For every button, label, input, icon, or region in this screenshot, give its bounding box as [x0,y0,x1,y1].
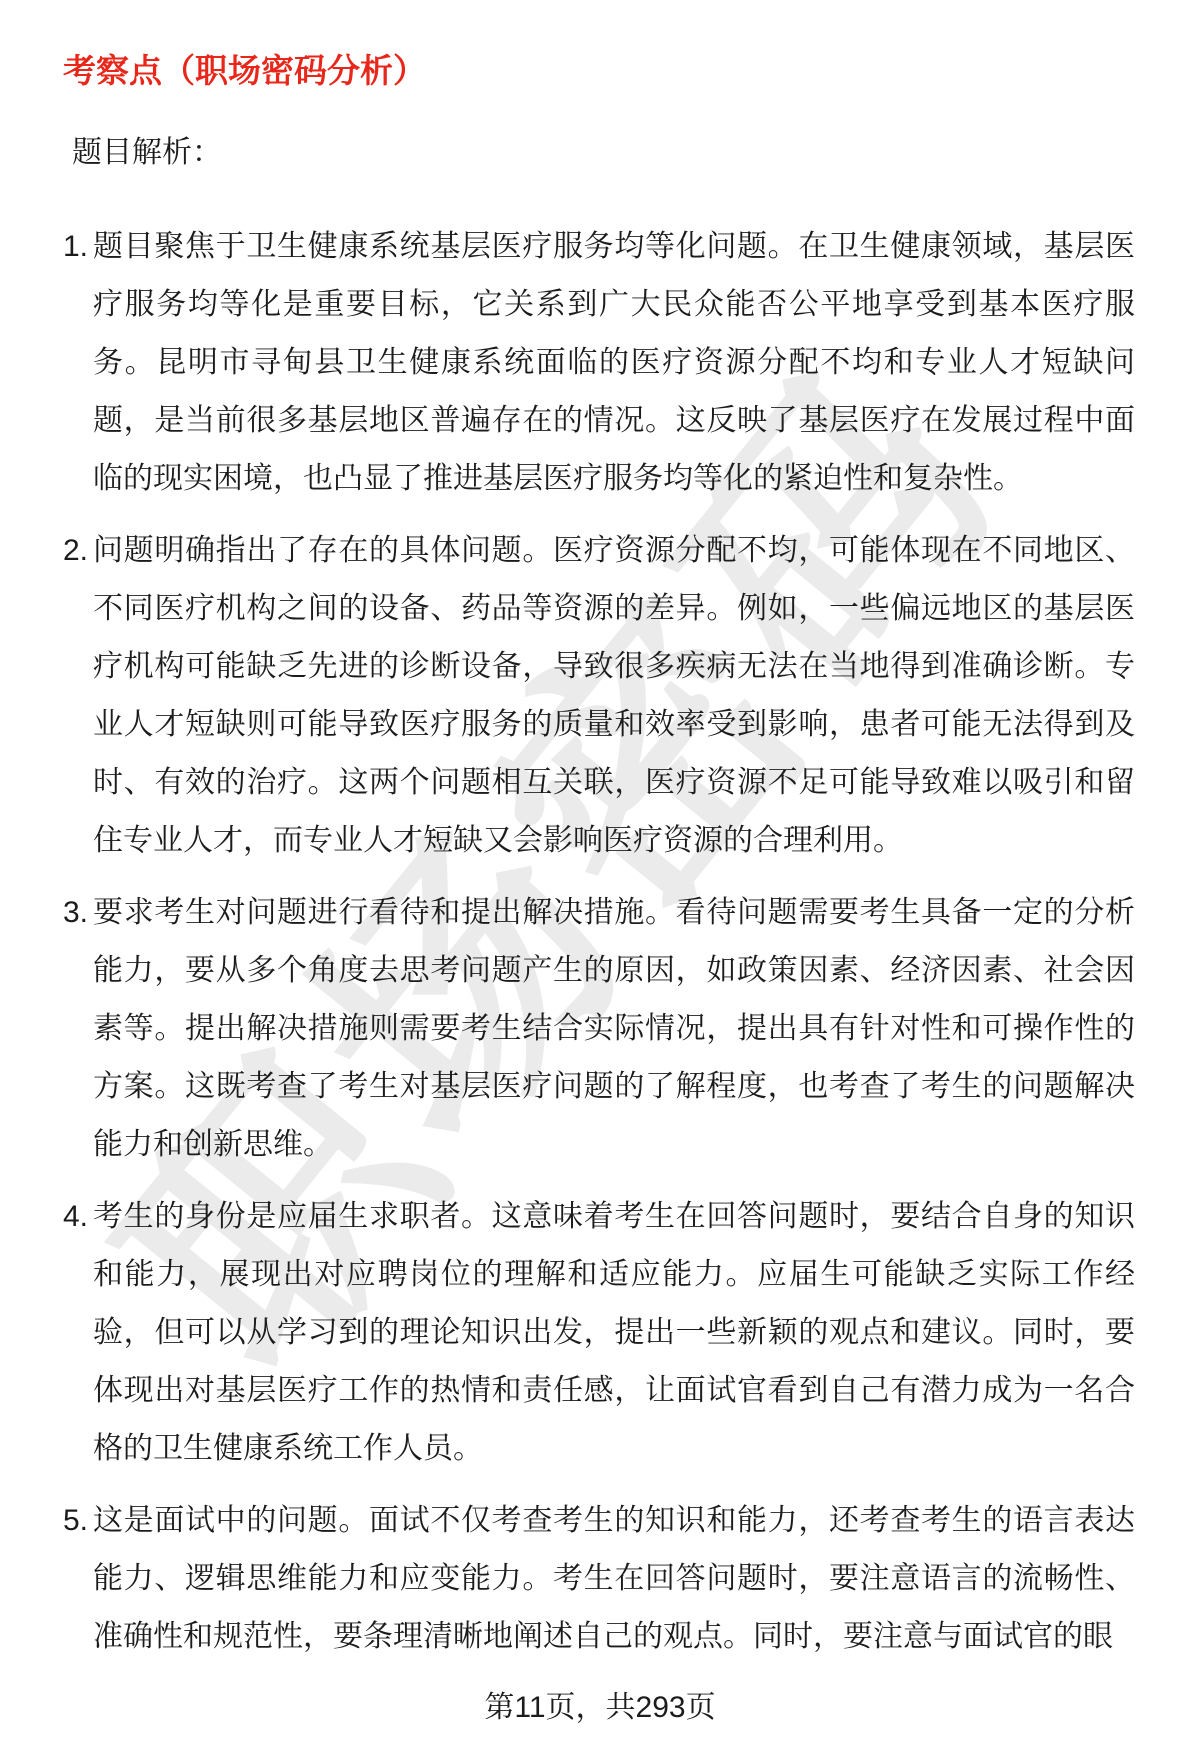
list-item-text: 要求考生对问题进行看待和提出解决措施。看待问题需要考生具备一定的分析能力，要从多… [93,896,1135,1161]
list-item-number: 3. [63,884,88,942]
analysis-label: 题目解析： [72,134,1135,172]
list-item: 5. 这是面试中的问题。面试不仅考查考生的知识和能力，还考查考生的语言表达能力、… [93,1492,1135,1666]
list-item-number: 4. [63,1188,88,1246]
list-item-number: 5. [63,1492,88,1550]
document-page: 职场密码 考察点（职场密码分析） 题目解析： 1. 题目聚焦于卫生健康系统基层医… [0,0,1200,1755]
list-item-text: 问题明确指出了存在的具体问题。医疗资源分配不均，可能体现在不同地区、不同医疗机构… [93,534,1135,857]
list-item-number: 2. [63,522,88,580]
list-item-text: 题目聚焦于卫生健康系统基层医疗服务均等化问题。在卫生健康领域，基层医疗服务均等化… [93,230,1135,495]
list-item: 4. 考生的身份是应届生求职者。这意味着考生在回答问题时，要结合自身的知识和能力… [93,1188,1135,1478]
analysis-list: 1. 题目聚焦于卫生健康系统基层医疗服务均等化问题。在卫生健康领域，基层医疗服务… [63,218,1135,1666]
list-item: 2. 问题明确指出了存在的具体问题。医疗资源分配不均，可能体现在不同地区、不同医… [93,522,1135,870]
list-item-text: 这是面试中的问题。面试不仅考查考生的知识和能力，还考查考生的语言表达能力、逻辑思… [93,1504,1135,1653]
page-number: 第11页，共293页 [0,1682,1200,1726]
list-item: 3. 要求考生对问题进行看待和提出解决措施。看待问题需要考生具备一定的分析能力，… [93,884,1135,1174]
list-item: 1. 题目聚焦于卫生健康系统基层医疗服务均等化问题。在卫生健康领域，基层医疗服务… [93,218,1135,508]
section-heading: 考察点（职场密码分析） [63,50,1135,92]
list-item-number: 1. [63,218,88,276]
page-content: 考察点（职场密码分析） 题目解析： 1. 题目聚焦于卫生健康系统基层医疗服务均等… [0,0,1200,1666]
list-item-text: 考生的身份是应届生求职者。这意味着考生在回答问题时，要结合自身的知识和能力，展现… [93,1200,1135,1465]
